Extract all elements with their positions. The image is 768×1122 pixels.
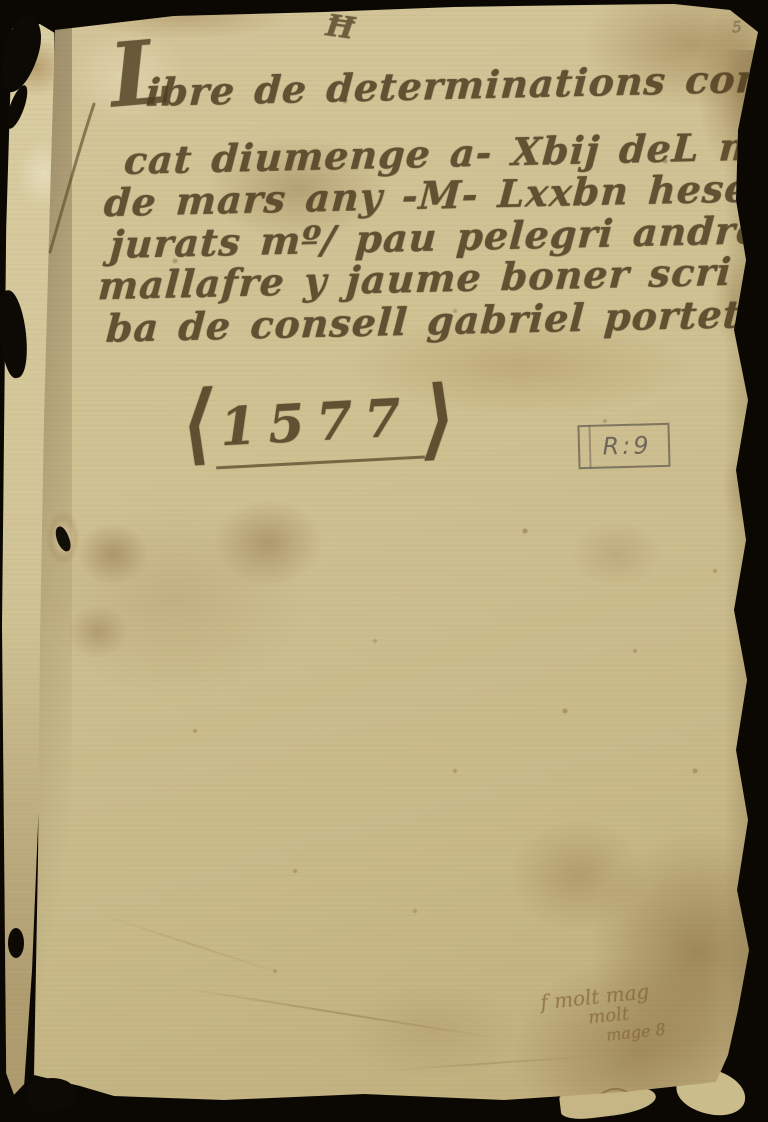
worm-hole (53, 525, 74, 554)
title-line-1: ibre de determinations comen (145, 54, 768, 115)
paper-crease (176, 986, 502, 1040)
scan-background: Ħ 5 L ibre de determinations comen cat d… (0, 0, 768, 1122)
paper-crease (99, 913, 290, 977)
shelf-mark-label: R:9 (596, 431, 652, 460)
manuscript-page: Ħ 5 L ibre de determinations comen cat d… (24, 0, 764, 1108)
year-close-bracket: ⟩ (420, 374, 457, 463)
marginalia-note: f molt mag molt mage 8 (539, 978, 666, 1051)
worm-hole-halo (46, 510, 80, 566)
year-digits: 1577 (212, 381, 425, 470)
ink-speckles (24, 0, 26, 2)
year-open-bracket: ⟨ (180, 379, 217, 468)
shelf-mark-box: R:9 (577, 423, 670, 469)
paper-tear (8, 928, 24, 958)
year-mark: ⟨ 1577 ⟩ (180, 375, 457, 471)
folio-number: 5 (731, 18, 742, 37)
paper-crease (384, 1054, 604, 1071)
heading-cross-mark: Ħ (324, 8, 357, 47)
